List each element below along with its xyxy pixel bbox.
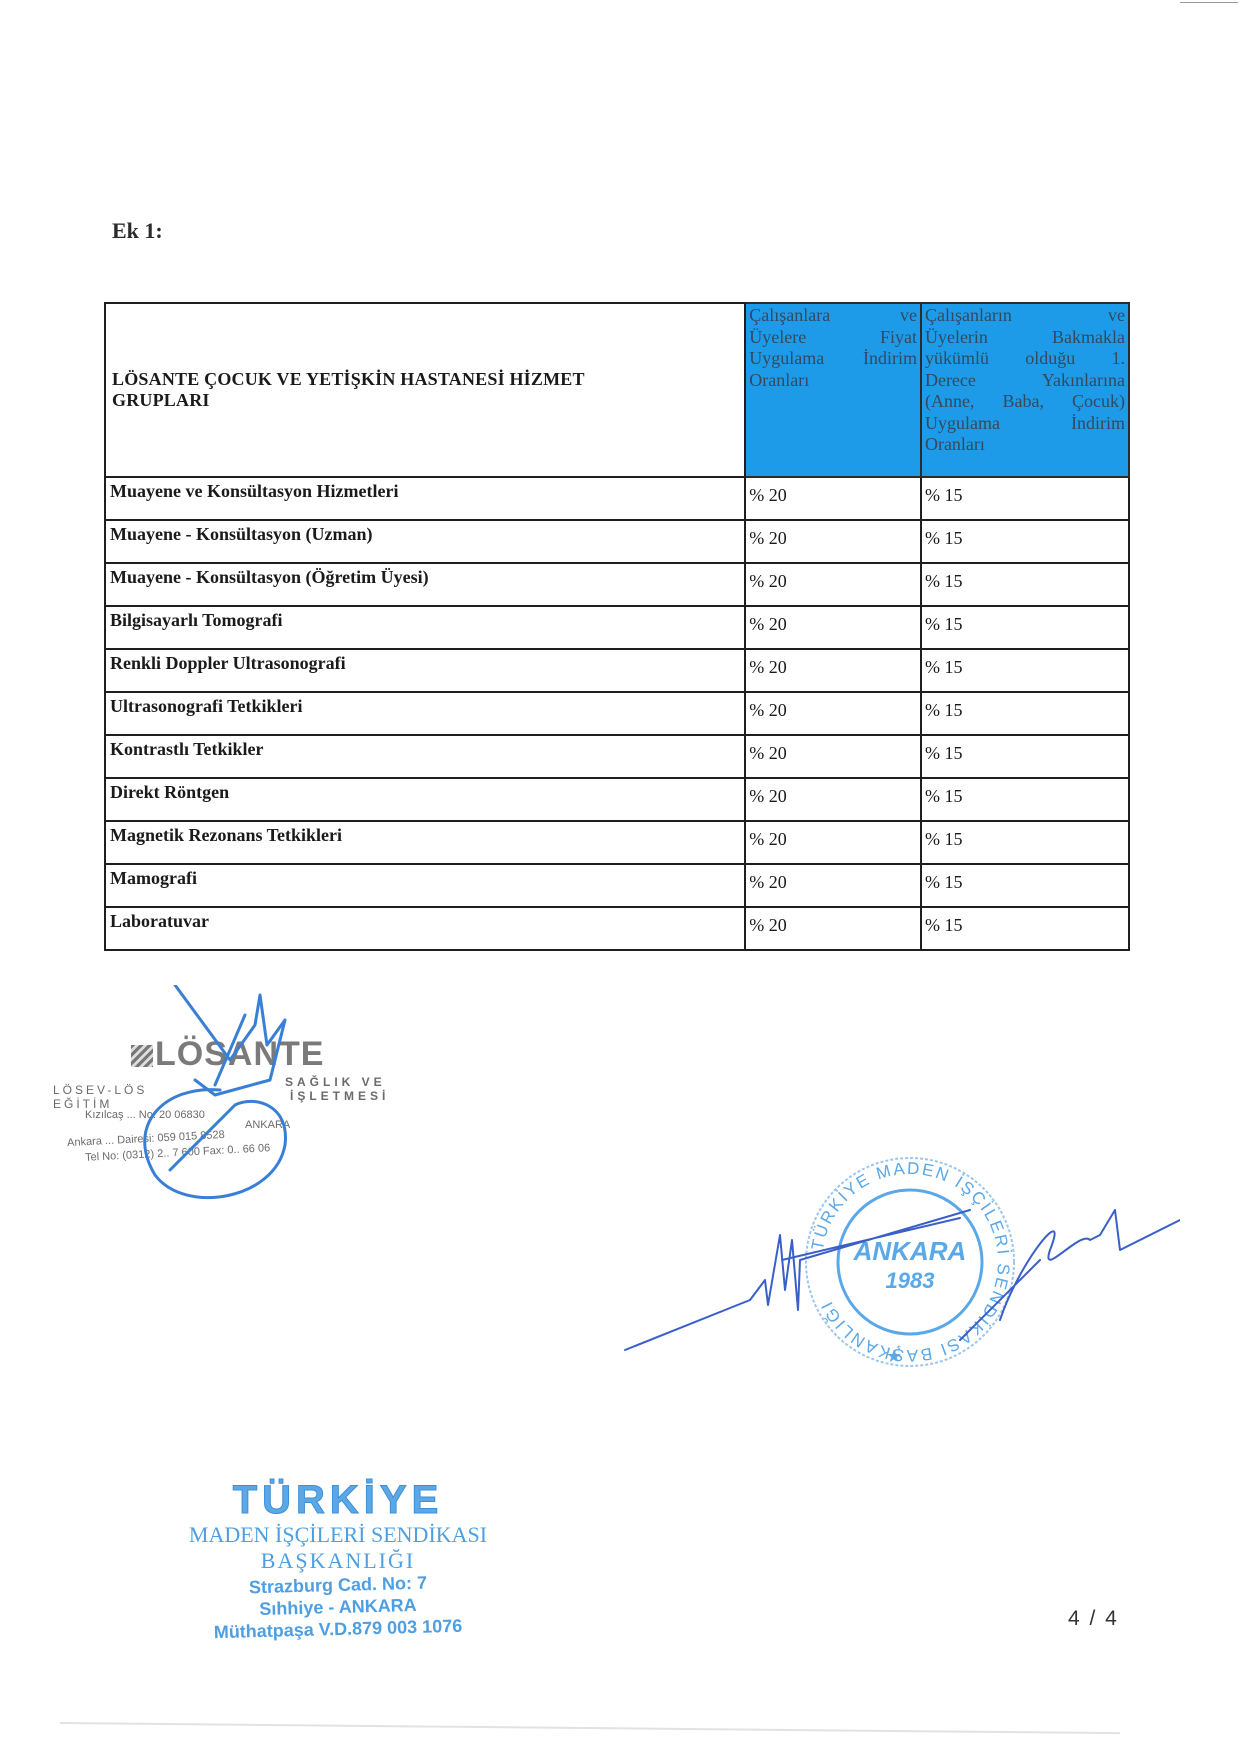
table-row: Direkt Röntgen% 20% 15: [105, 778, 1129, 821]
relatives-discount-cell: % 15: [921, 477, 1129, 520]
relatives-discount-cell: % 15: [921, 778, 1129, 821]
service-name-cell: Muayene - Konsültasyon (Öğretim Üyesi): [105, 563, 745, 606]
header-employee-discount: Çalışanlara ve Üyelere Fiyat Uygulama İn…: [745, 303, 921, 477]
relatives-discount-cell: % 15: [921, 649, 1129, 692]
service-name-cell: Renkli Doppler Ultrasonografi: [105, 649, 745, 692]
table-row: Mamografi% 20% 15: [105, 864, 1129, 907]
header-line: yükümlü olduğu 1.: [925, 348, 1125, 370]
service-name-cell: Direkt Röntgen: [105, 778, 745, 821]
table-row: Kontrastlı Tetkikler% 20% 15: [105, 735, 1129, 778]
header-line: Oranları: [925, 434, 1125, 456]
employee-discount-cell: % 20: [745, 649, 921, 692]
relatives-discount-cell: % 15: [921, 520, 1129, 563]
header-line: GRUPLARI: [112, 390, 738, 411]
star-icon: ★: [886, 1346, 902, 1366]
union-address-stamp: TÜRKİYE MADEN İŞÇİLERİ SENDİKASI BAŞKANL…: [168, 1478, 508, 1653]
table-row: Bilgisayarlı Tomografi% 20% 15: [105, 606, 1129, 649]
relatives-discount-cell: % 15: [921, 735, 1129, 778]
scan-bottom-line: [60, 1722, 1120, 1734]
table-row: Magnetik Rezonans Tetkikleri% 20% 15: [105, 821, 1129, 864]
employee-discount-cell: % 20: [745, 907, 921, 950]
relatives-discount-cell: % 15: [921, 606, 1129, 649]
table-row: Laboratuvar% 20% 15: [105, 907, 1129, 950]
header-line: Çalışanlara ve: [749, 305, 917, 327]
losante-stamp: LÖSANTE LÖSEV-LÖS SAĞLIK VE EĞİTİM İŞLET…: [45, 985, 385, 1215]
header-line: Üyelere Fiyat: [749, 327, 917, 349]
header-service-groups: LÖSANTE ÇOCUK VE YETİŞKİN HASTANESİ HİZM…: [105, 303, 745, 477]
employee-discount-cell: % 20: [745, 520, 921, 563]
header-relatives-discount: Çalışanların ve Üyelerin Bakmakla yüküml…: [921, 303, 1129, 477]
header-line: Derece Yakınlarına: [925, 370, 1125, 392]
header-line: Oranları: [749, 370, 917, 392]
header-line: Uygulama İndirim: [925, 413, 1125, 435]
table-row: Renkli Doppler Ultrasonografi% 20% 15: [105, 649, 1129, 692]
table-row: Ultrasonografi Tetkikleri% 20% 15: [105, 692, 1129, 735]
employee-discount-cell: % 20: [745, 692, 921, 735]
employee-discount-cell: % 20: [745, 778, 921, 821]
service-name-cell: Laboratuvar: [105, 907, 745, 950]
relatives-discount-cell: % 15: [921, 692, 1129, 735]
stamp-title: TÜRKİYE: [168, 1478, 508, 1522]
service-name-cell: Ultrasonografi Tetkikleri: [105, 692, 745, 735]
table-row: Muayene ve Konsültasyon Hizmetleri% 20% …: [105, 477, 1129, 520]
stamp-line-1: MADEN İŞÇİLERİ SENDİKASI: [168, 1522, 508, 1548]
table-row: Muayene - Konsültasyon (Öğretim Üyesi)% …: [105, 563, 1129, 606]
employee-discount-cell: % 20: [745, 821, 921, 864]
employee-discount-cell: % 20: [745, 563, 921, 606]
header-line: Çalışanların ve: [925, 305, 1125, 327]
service-name-cell: Kontrastlı Tetkikler: [105, 735, 745, 778]
table-header-row: LÖSANTE ÇOCUK VE YETİŞKİN HASTANESİ HİZM…: [105, 303, 1129, 477]
employee-discount-cell: % 20: [745, 477, 921, 520]
signature-1-icon: [45, 985, 385, 1215]
seal-year: 1983: [886, 1268, 935, 1293]
relatives-discount-cell: % 15: [921, 821, 1129, 864]
union-seal-icon: TÜRKİYE MADEN İŞÇİLERİ SENDİKASI BAŞKANL…: [620, 1140, 1180, 1380]
employee-discount-cell: % 20: [745, 864, 921, 907]
header-line: (Anne, Baba, Çocuk): [925, 391, 1125, 413]
header-line: LÖSANTE ÇOCUK VE YETİŞKİN HASTANESİ HİZM…: [112, 369, 738, 390]
table-row: Muayene - Konsültasyon (Uzman)% 20% 15: [105, 520, 1129, 563]
employee-discount-cell: % 20: [745, 735, 921, 778]
union-seal: TÜRKİYE MADEN İŞÇİLERİ SENDİKASI BAŞKANL…: [620, 1140, 1180, 1380]
service-name-cell: Magnetik Rezonans Tetkikleri: [105, 821, 745, 864]
annex-label: Ek 1:: [112, 218, 163, 244]
service-name-cell: Bilgisayarlı Tomografi: [105, 606, 745, 649]
service-name-cell: Muayene - Konsültasyon (Uzman): [105, 520, 745, 563]
header-line: Uygulama İndirim: [749, 348, 917, 370]
service-name-cell: Mamografi: [105, 864, 745, 907]
relatives-discount-cell: % 15: [921, 864, 1129, 907]
relatives-discount-cell: % 15: [921, 907, 1129, 950]
scan-edge-line: [1180, 2, 1238, 3]
header-line: Üyelerin Bakmakla: [925, 327, 1125, 349]
employee-discount-cell: % 20: [745, 606, 921, 649]
relatives-discount-cell: % 15: [921, 563, 1129, 606]
service-name-cell: Muayene ve Konsültasyon Hizmetleri: [105, 477, 745, 520]
page-number: 4 / 4: [1068, 1607, 1119, 1631]
discount-table: LÖSANTE ÇOCUK VE YETİŞKİN HASTANESİ HİZM…: [104, 302, 1130, 951]
